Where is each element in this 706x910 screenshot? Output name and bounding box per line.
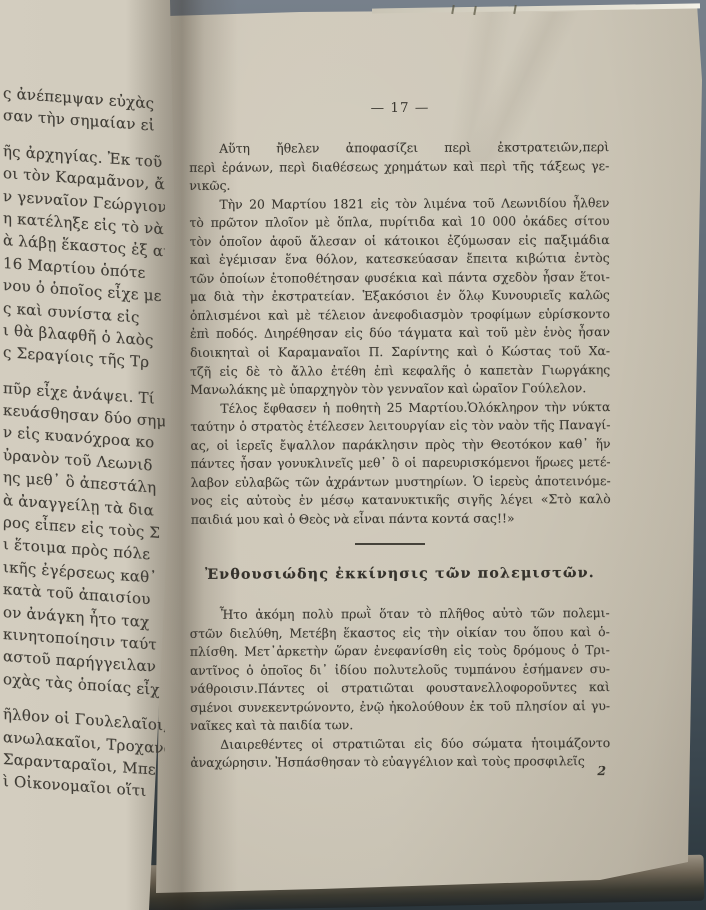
text-line: περὶ ἐράνων, περὶ διαθέσεως χρημάτων καὶ… — [189, 157, 609, 177]
text-line: παιδιά μου καὶ ὁ Θεὸς νὰ εἶναι πάντα κον… — [191, 509, 611, 529]
text-line: σμένοι συνεκεντρώνοντο, ἐνῷ ἠκολούθουν ἐ… — [190, 697, 610, 717]
text-line: ταύτην ὁ στρατὸς ἐτέλεσεν λειτουργίαν εἰ… — [190, 416, 610, 436]
text-line: Ἦτο ἀκόμη πολὺ πρωῒ ὅταν τὸ πλῆθος αὐτὸ … — [190, 604, 610, 624]
text-line: νος εἰς αὐτοὺς ἐν μέσῳ κατανυκτικῆς σιγῆ… — [191, 490, 611, 510]
text-line: ἐπὶ ποδός. Διηρέθησαν εἰς δύο τάγματα κα… — [190, 324, 610, 344]
text-line: μα διὰ τὴν ἐκστρατείαν. Ἑξακόσιοι ἐν ὅλῳ… — [190, 286, 610, 306]
text-line: Τὴν 20 Μαρτίου 1821 εἰς τὸν λιμένα τοῦ Λ… — [189, 194, 609, 214]
text-line: Αὕτη ἤθελεν ἀποφασίζει περὶ ἐκστρατειῶν,… — [189, 138, 609, 158]
text-line: νικῶς. — [189, 175, 609, 195]
section-heading: Ἐνθουσιώδης ἐκκίνησις τῶν πολεμιστῶν. — [190, 565, 610, 583]
text-line: αντῖνος ὁ ὁποῖος δι᾽ ἰδίου πολυτελοῦς τυ… — [190, 660, 610, 680]
section-divider — [355, 543, 425, 545]
left-page-text-region: ς ἀνέπεμψαν εὐχὰςσαν τὴν σημαίαν εἰῆς ἀρ… — [0, 0, 165, 888]
text-line: τζῆ εἰς δὲ τὸ ἄλλο ἐτέθη ἐπὶ κεφαλῆς ὁ κ… — [190, 361, 610, 381]
text-line: Διαιρεθέντες οἱ στρατιῶται εἰς δύο σώματ… — [190, 734, 610, 754]
left-page-text: ς ἀνέπεμψαν εὐχὰςσαν τὴν σημαίαν εἰῆς ἀρ… — [3, 82, 165, 807]
text-line: Τέλος ἔφθασεν ἡ ποθητὴ 25 Μαρτίου.Ὁλόκλη… — [190, 398, 610, 418]
text-line: διοικηταὶ οἱ Καραμαναῖοι Π. Σαρίντης καὶ… — [190, 342, 610, 362]
text-line: ας, οἱ ἱερεῖς ἔψαλλον παράκλησιν πρὸς τὴ… — [190, 435, 610, 455]
text-line: ναῖκες καὶ τὰ παιδία των. — [190, 715, 610, 735]
body-text-block-1: Αὕτη ἤθελεν ἀποφασίζει περὶ ἐκστρατειῶν,… — [189, 138, 611, 529]
text-line: στῶν διελύθη, Μετέβη ἕκαστος εἰς τὴν οἰκ… — [190, 623, 610, 643]
text-line: Μανωλάκης μὲ ὑπαρχηγὸν τὸν γενναῖον καὶ … — [190, 379, 610, 399]
text-line: νάθροισιν.Πάντες οἱ στρατιῶται φουστανελ… — [190, 678, 610, 698]
page-number: — 17 — — [190, 99, 610, 117]
text-line: ὁπλισμένοι καὶ μὲ τέλειον ἀνεφοδιασμὸν τ… — [190, 305, 610, 325]
text-line: καὶ ἐγέμισαν ἕνα θόλον, κατεσκεύασαν ἔπε… — [190, 249, 610, 269]
signature-mark: 2 — [190, 763, 610, 780]
text-line: λαβον εὐλαβῶς τῶν ἀχράντων μυστηρίων. Ὁ … — [191, 472, 611, 492]
text-line: τὸν ὁποῖον ἀφοῦ ἄλεσαν οἱ κάτοικοι ἐζύμω… — [190, 231, 610, 251]
text-line: τὸ πρῶτον πλοῖον μὲ ὅπλα, πυρίτιδα καὶ 1… — [189, 212, 609, 232]
text-line: τῶν ὁποίων ἐτοποθέτησαν φυσέκια καὶ πάντ… — [190, 268, 610, 288]
book-photo: ς ἀνέπεμψαν εὐχὰςσαν τὴν σημαίαν εἰῆς ἀρ… — [0, 0, 706, 910]
body-text-block-2: Ἦτο ἀκόμη πολὺ πρωῒ ὅταν τὸ πλῆθος αὐτὸ … — [190, 604, 611, 773]
text-line: πάντες ἦσαν γονυκλινεῖς μεθ᾽ ὃ οἱ παρευρ… — [191, 453, 611, 473]
text-line: πλίσθη. Μετ᾽ἀρκετὴν ὥραν ἐνεφανίσθη εἰς … — [190, 641, 610, 661]
